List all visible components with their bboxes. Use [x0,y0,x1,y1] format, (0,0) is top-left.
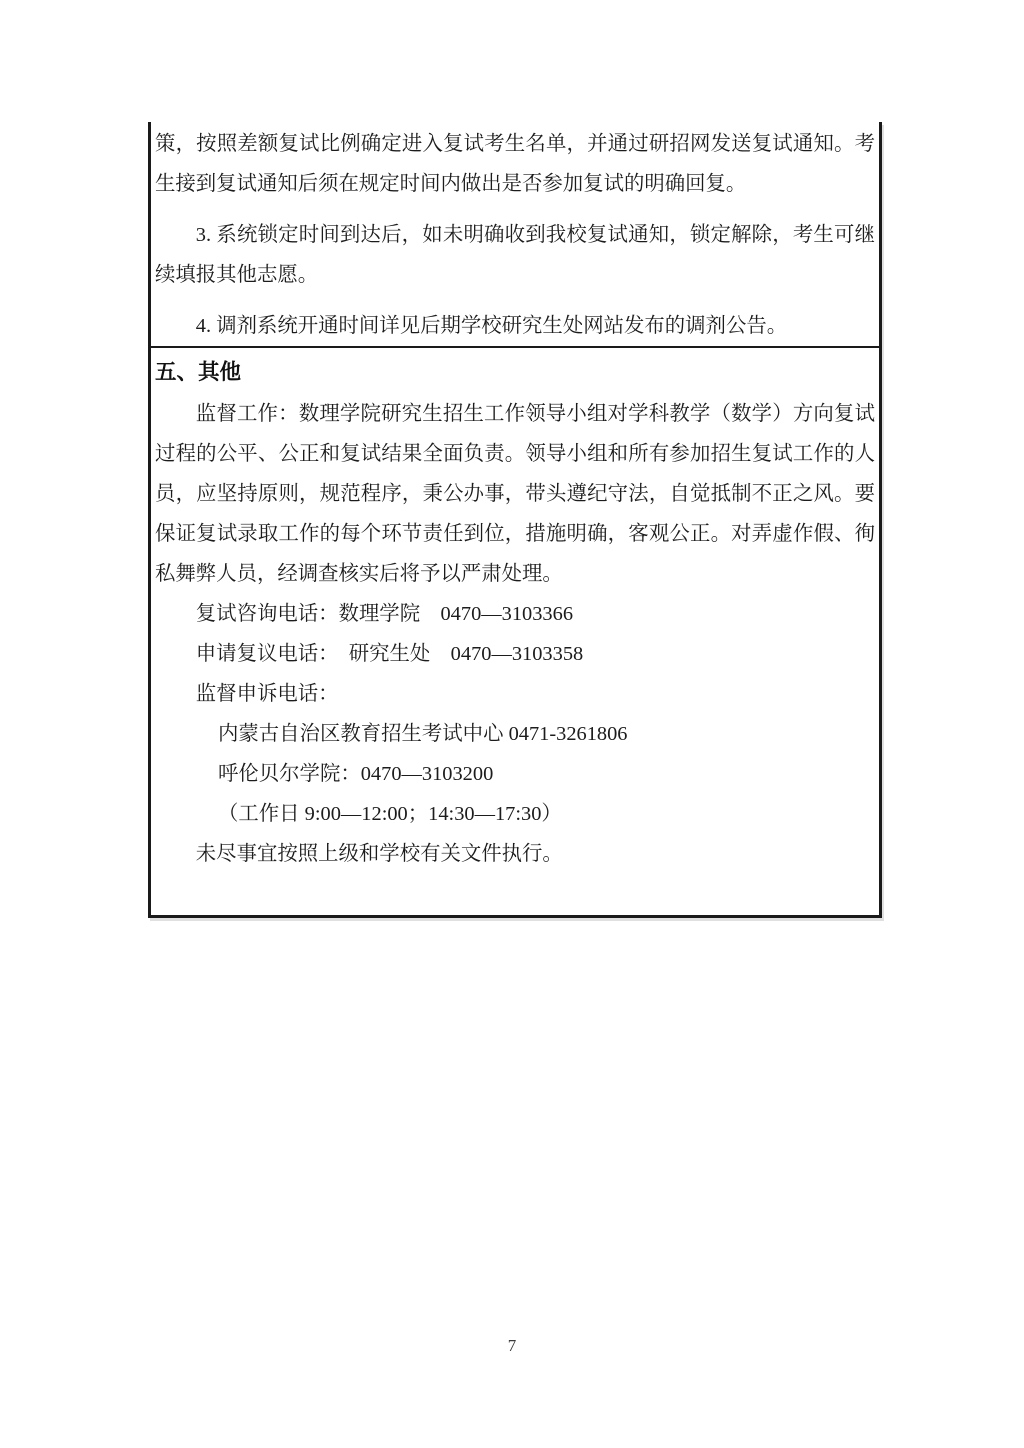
phone-line-consult: 复试咨询电话：数理学院 0470—3103366 [155,594,875,634]
document-page: 策，按照差额复试比例确定进入复试考生名单，并通过研招网发送复试通知。考 生接到复… [0,0,1024,1448]
supervision-paragraph-line: 员，应坚持原则，规范程序，秉公办事，带头遵纪守法，自觉抵制不正之风。要 [155,474,875,514]
page-number: 7 [0,1336,1024,1356]
supervision-paragraph-line: 过程的公平、公正和复试结果全面负责。领导小组和所有参加招生复试工作的人 [155,434,875,474]
content-table-cell: 策，按照差额复试比例确定进入复试考生名单，并通过研招网发送复试通知。考 生接到复… [148,122,882,918]
section-other: 五、其他 监督工作：数理学院研究生招生工作领导小组对学科教学（数学）方向复试 过… [151,348,879,874]
phone-line-appeal: 申请复议电话： 研究生处 0470—3103358 [155,634,875,674]
paragraph-continuation-line: 策，按照差额复试比例确定进入复试考生名单，并通过研招网发送复试通知。考 [155,124,875,164]
closing-line: 未尽事宜按照上级和学校有关文件执行。 [155,834,875,874]
paragraph-continuation-line: 生接到复试通知后须在规定时间内做出是否参加复试的明确回复。 [155,164,875,204]
supervision-paragraph-line: 监督工作：数理学院研究生招生工作领导小组对学科教学（数学）方向复试 [155,394,875,434]
list-item-4-line: 4. 调剂系统开通时间详见后期学校研究生处网站发布的调剂公告。 [155,306,875,346]
phone-line-office-hours: （工作日 9:00—12:00；14:30—17:30） [155,794,875,834]
section-reexam-rules: 策，按照差额复试比例确定进入复试考生名单，并通过研招网发送复试通知。考 生接到复… [151,122,879,346]
section-heading: 五、其他 [155,350,875,394]
supervision-paragraph-line: 保证复试录取工作的每个环节责任到位，措施明确，客观公正。对弄虚作假、徇 [155,514,875,554]
list-item-3-line: 3. 系统锁定时间到达后，如未明确收到我校复试通知，锁定解除，考生可继 [155,215,875,255]
supervision-paragraph-line: 私舞弊人员，经调查核实后将予以严肃处理。 [155,554,875,594]
phone-line-college: 呼伦贝尔学院：0470—3103200 [155,754,875,794]
phone-line-exam-center: 内蒙古自治区教育招生考试中心 0471-3261806 [155,714,875,754]
phone-line-supervise-label: 监督申诉电话： [155,674,875,714]
list-item-3-line: 续填报其他志愿。 [155,255,875,295]
